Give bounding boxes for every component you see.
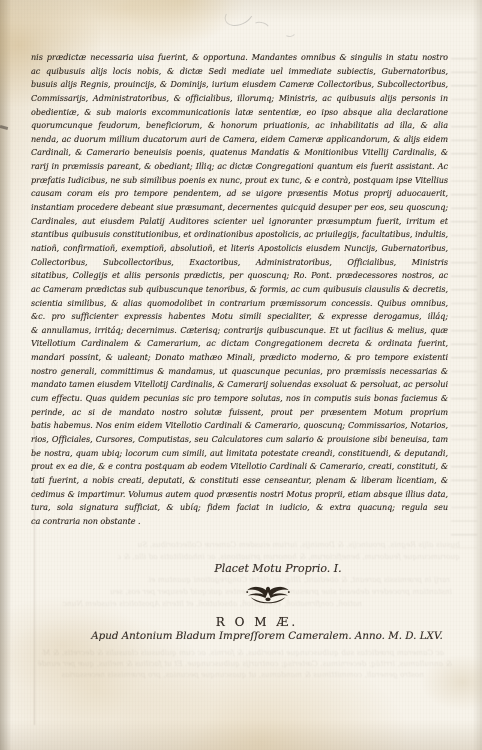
text-line: Commissarijs, Administratoribus, & offic… bbox=[31, 92, 448, 106]
text-line: rarij in præmissis pareant, & obediant; … bbox=[31, 160, 448, 174]
text-line: cedimus & impartimur. Volumus autem quod… bbox=[31, 488, 448, 502]
text-line: be nostra, quam ubiq; locorum cum simili… bbox=[31, 447, 448, 461]
bleed-through-line: busuis alijs Regnis, prouincijs, & Domin… bbox=[138, 540, 460, 551]
text-line: tati fuerint, a nobis creati, deputati, … bbox=[31, 474, 448, 488]
text-line: nostro generali, committimus & mandamus,… bbox=[31, 365, 448, 379]
text-line: Collectoribus, Subcollectoribus, Exactor… bbox=[31, 256, 448, 270]
text-line: cum effectu. Quas quidem pecunias sic pr… bbox=[31, 392, 448, 406]
text-line: rios, Officiales, Cursores, Computistas,… bbox=[31, 433, 448, 447]
edge-ink-mark bbox=[0, 125, 8, 129]
text-line: Cardinales, aut eiusdem Palatij Auditore… bbox=[31, 215, 448, 229]
text-line: prout ex ea die, & e contra postquam ab … bbox=[31, 460, 448, 474]
text-line: batis habemus. Nos enim eidem Vitellotio… bbox=[31, 419, 448, 433]
bleed-through-line: nostro generali, committimus & mandamus,… bbox=[62, 670, 424, 681]
text-line: mandari possint, & ualeant; Donato mathæ… bbox=[31, 351, 448, 365]
text-line: quorumcunque feudorum, beneficiorum, & h… bbox=[31, 119, 448, 133]
pencil-mark bbox=[283, 26, 296, 38]
fleuron-icon bbox=[27, 584, 482, 611]
text-line: causam coram eis pro tempore pendentem, … bbox=[31, 187, 448, 201]
margin-bleed-through bbox=[451, 58, 477, 548]
text-line: nenda, ac duorum millium ducatorum auri … bbox=[31, 133, 448, 147]
colophon-city: R O M Æ. bbox=[16, 615, 482, 629]
text-line: sitatibus, Collegijs et aliis personis p… bbox=[31, 269, 448, 283]
colophon-imprint: Apud Antonium Bladum Impreſſorem Cameral… bbox=[26, 630, 482, 642]
pencil-mark bbox=[251, 20, 271, 36]
page-scan: busuis alijs Regnis, prouincijs, & Domin… bbox=[0, 0, 482, 750]
text-line: ca contraria non obstante . bbox=[31, 515, 448, 529]
placet-line: Placet Motu Proprio. I. bbox=[37, 562, 482, 575]
bleed-through-line: & annullamus, irritáq; decernimus. Cæter… bbox=[30, 659, 452, 670]
text-line: Cardinali, & Camerario beneuisis poenis,… bbox=[31, 146, 448, 160]
text-line: obedientiæ, & sub maioris excommunicatio… bbox=[31, 106, 448, 120]
text-line: stantibus quibusuis constitutionibus, et… bbox=[31, 228, 448, 242]
pencil-mark bbox=[221, 0, 257, 30]
body-text: nis prædictæ necessaria uisa fuerint, & … bbox=[31, 51, 448, 528]
text-line: præfatis Iudicibus, ne sub similibus poe… bbox=[31, 174, 448, 188]
text-line: & annullamus, irritáq; decernimus. Cæter… bbox=[31, 324, 448, 338]
text-line: instantiam procedere debeant siue præsum… bbox=[31, 201, 448, 215]
text-line: natioñ, confirmatioñ, exemptioñ, absolut… bbox=[31, 242, 448, 256]
text-line: Vitellotium Cardinalem & Camerarium, ac … bbox=[31, 337, 448, 351]
text-line: mandato tamen eiusdem Vitellotij Cardina… bbox=[31, 378, 448, 392]
bleed-through-line: ac Cameram prædictas sub quibuscunque te… bbox=[42, 648, 444, 659]
text-line: &c. pro sufficienter expressis habentes … bbox=[31, 310, 448, 324]
text-line: nis prædictæ necessaria uisa fuerint, & … bbox=[31, 51, 448, 65]
text-line: perinde, ac si de mandato nostro solutæ … bbox=[31, 406, 448, 420]
text-line: scientia similibus, & alias quomodolibet… bbox=[31, 297, 448, 311]
text-line: busuis alijs Regnis, prouincijs, & Domin… bbox=[31, 78, 448, 92]
text-line: ac quibusuis alijs locis nobis, & dictæ … bbox=[31, 65, 448, 79]
text-line: tura, sola signatura sufficiat, & ubíq; … bbox=[31, 501, 448, 515]
text-line: ac Cameram prædictas sub quibuscunque te… bbox=[31, 283, 448, 297]
